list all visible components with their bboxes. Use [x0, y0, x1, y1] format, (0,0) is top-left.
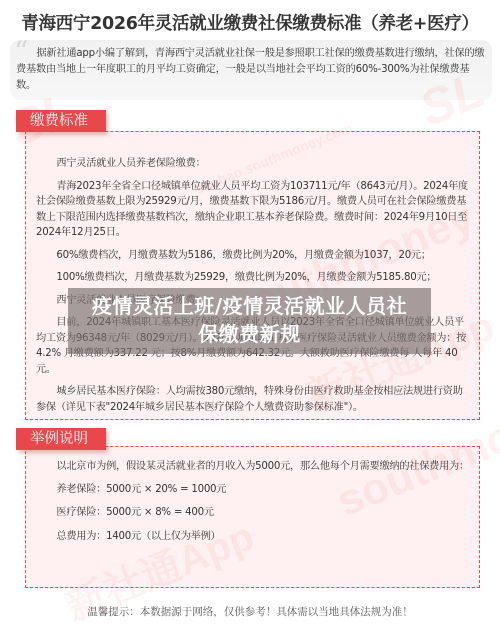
paragraph: 总费用为：1400元（以上仅为举例）: [36, 529, 469, 545]
payment-standard-box: 西宁灵活就业人员养老保险缴费： 青海2023年全省全口径城镇单位就业人员平均工资…: [25, 131, 480, 420]
paragraph: 医疗保险：5000元 × 8% = 400元: [36, 505, 469, 521]
section-tab-example: 举例说明: [16, 428, 106, 450]
paragraph: 100%缴费档次，月缴费基数为25929，缴费比例为20%，月缴费金额为5185…: [36, 270, 469, 286]
paragraph: 养老保险：5000元 × 20% = 1000元: [36, 482, 469, 498]
footer-note: 温馨提示：本数据源于网络，仅供参考！具体需以当地具体法规为准！: [0, 604, 500, 619]
intro-text: 据新社通app小编了解到，青海西宁灵活就业社保一般是参照职工社保的缴费基数进行缴…: [16, 46, 486, 94]
overlay-line-1: 疫情灵活上班/疫情灵活就业人员社: [68, 292, 431, 320]
paragraph: 城乡居民基本医疗保险：人均需按380元缴纳，特殊身份由医疗救助基金按相应法规进行…: [36, 384, 469, 415]
section-tab-payment-standard: 缴费标准: [16, 110, 106, 132]
quote-icon: “: [14, 38, 28, 66]
page-title: 青海西宁2026年灵活就业缴费社保缴费标准（养老+医疗）: [0, 10, 500, 35]
paragraph: 以北京市为例，假设某灵活就业者的月收入为5000元，那么他每个月需要缴纳的社保费…: [36, 459, 469, 475]
intro-box: “ 据新社通app小编了解到，青海西宁灵活就业社保一般是参照职工社保的缴费基数进…: [10, 40, 492, 100]
overlay-line-2: 保缴费新规: [68, 320, 431, 348]
example-box: 以北京市为例，假设某灵活就业者的月收入为5000元，那么他每个月需要缴纳的社保费…: [25, 446, 480, 588]
paragraph: 青海2023年全省全口径城镇单位就业人员平均工资为103711元/年（8643元…: [36, 179, 469, 241]
paragraph: 西宁灵活就业人员养老保险缴费：: [36, 156, 469, 172]
paragraph: 60%缴费档次，月缴费基数为5186，缴费比例为20%，月缴费金额为1037，2…: [36, 248, 469, 264]
headline-overlay: 疫情灵活上班/疫情灵活就业人员社 保缴费新规: [68, 288, 431, 354]
